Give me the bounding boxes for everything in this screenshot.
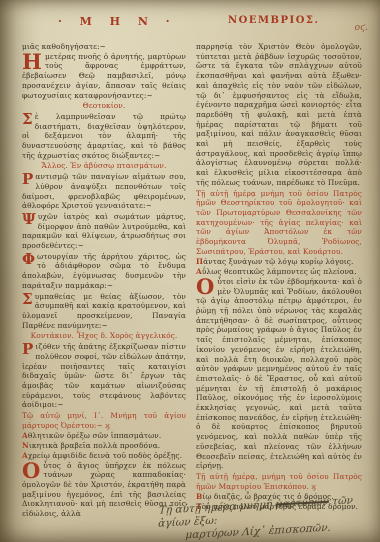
paragraph: Οὗτοι εἰσὶν ἐκ τῶν ἑβδομήκοντα· καὶ ὁ μὲ… [196, 277, 362, 471]
drop-cap-initial: Ο [22, 461, 43, 480]
paragraph: Σὲ λαμπρυνθεῖσαν τῷ πρώτῳ διαστήματι, δι… [22, 112, 186, 161]
verse-line: Αχρείῳ ἀμφιδίδε δεινὰ τοῦ ποδὸς ὀρέξῃς. [22, 451, 186, 461]
drop-cap-initial: Ρ [22, 172, 35, 186]
paragraph: Συμπαθείας με θείας ἀξίωσον, τὸν ἀσυμπαθ… [22, 292, 186, 331]
rubric-line: Κοντάκιον. Ἦχος δ. Χορὸς ἀγγελικός. [22, 331, 186, 341]
drop-cap-initial: Σ [22, 112, 35, 126]
running-title-month: · Μ Η Ν · [58, 15, 177, 28]
verse-line: Νικητικὰ βραβεῖα πολλὰ προσδόνα. [22, 441, 186, 451]
paragraph: Ημετέρας πνοῆς ὁ ἀρνητής, μαρτύρων τοὺς … [22, 52, 186, 101]
drop-cap-initial: Ρ [22, 342, 35, 356]
text-column-right: παρρησίᾳ τὸν Χριστὸν Θεὸν ὁμολογῶν, τύπτ… [196, 42, 362, 512]
drop-cap-initial: Η [22, 52, 45, 71]
verse-initial: Α [22, 431, 28, 440]
drop-cap-initial: Φ [22, 252, 37, 266]
paragraph: παρρησίᾳ τὸν Χριστὸν Θεὸν ὁμολογῶν, τύπτ… [196, 42, 362, 188]
paragraph: Ραντισμῷ τῶν παναγίων αἱμάτων σου, λύθρο… [22, 172, 186, 211]
verse-initial: Β [196, 492, 202, 501]
scanned-page: · Μ Η Ν · ΝΟΕΜΒΡΙΟΣ. οϛ. μιᾶς καθοδηγήσα… [0, 0, 380, 542]
rubric-paragraph: Τῇ αὐτῇ ἡμέρᾳ μνήμη τοῦ ὁσίου Πατρὸς ἡμῶ… [196, 189, 362, 257]
hand-strikethrough: μαρτύρων [275, 496, 329, 511]
handwritten-note: Τῇ αὐτῇ ἡμέρᾳ μνήμη μαρτύρων τῶν ἁγίων ἕ… [157, 493, 377, 542]
drop-cap-initial: Ο [196, 277, 217, 296]
rubric-paragraph: Τῇ αὐτῇ ἡμέρᾳ, μνήμη τοῦ ὁσίου Πατρὸς ἡμ… [196, 472, 362, 491]
verse-initial: Α [22, 451, 28, 460]
verse-initial: Ν [22, 441, 29, 450]
rubric-line: Θεοτοκίον. [22, 101, 186, 111]
verse-initial: Α [196, 267, 202, 276]
paragraph: Φωτουργίαν τῆς ἀρρήτου χάριτος, ὡς τὸ ἀδ… [22, 252, 186, 291]
folio-number: οϛ. [355, 23, 368, 33]
drop-cap-initial: Ψ [22, 212, 38, 226]
rubric-paragraph: Τῷ αὐτῷ μηνί, Ι΄. Μνήμη τοῦ ἁγίου μάρτυρ… [22, 411, 186, 430]
catch-line: μιᾶς καθοδηγήσατε:~ [22, 42, 186, 52]
running-title-november: ΝΟΕΜΒΡΙΟΣ. [228, 15, 319, 26]
paragraph: Ριζόθεν τῆς ἀπάτης ἐξεκρίζωσαν πίστιν πο… [22, 342, 186, 410]
drop-cap-initial: Σ [22, 292, 35, 306]
verse-line: Αθλητικῶν ὀρέξω σῶν ἱππασμάτων. [22, 431, 186, 441]
text-column-left: μιᾶς καθοδηγήσατε:~Ημετέρας πνοῆς ὁ ἀρνη… [22, 42, 186, 520]
paragraph: Ψυχῶν ἰατρὸς καὶ σωμάτων μάρτυς, δίμορφο… [22, 212, 186, 251]
rubric-line: Ἄλλος. Ἐν ἀβύσσῳ πταισμάτων. [22, 161, 186, 171]
verse-line: Αΰλως θεοπτικῶς λάμποντες ὡς πλείονα. [196, 267, 362, 277]
verse-initial: Π [196, 257, 203, 266]
verse-line: Πάντας ξυνάγων τῷ λόγῳ κυρίῳ λόγοις. [196, 257, 362, 267]
